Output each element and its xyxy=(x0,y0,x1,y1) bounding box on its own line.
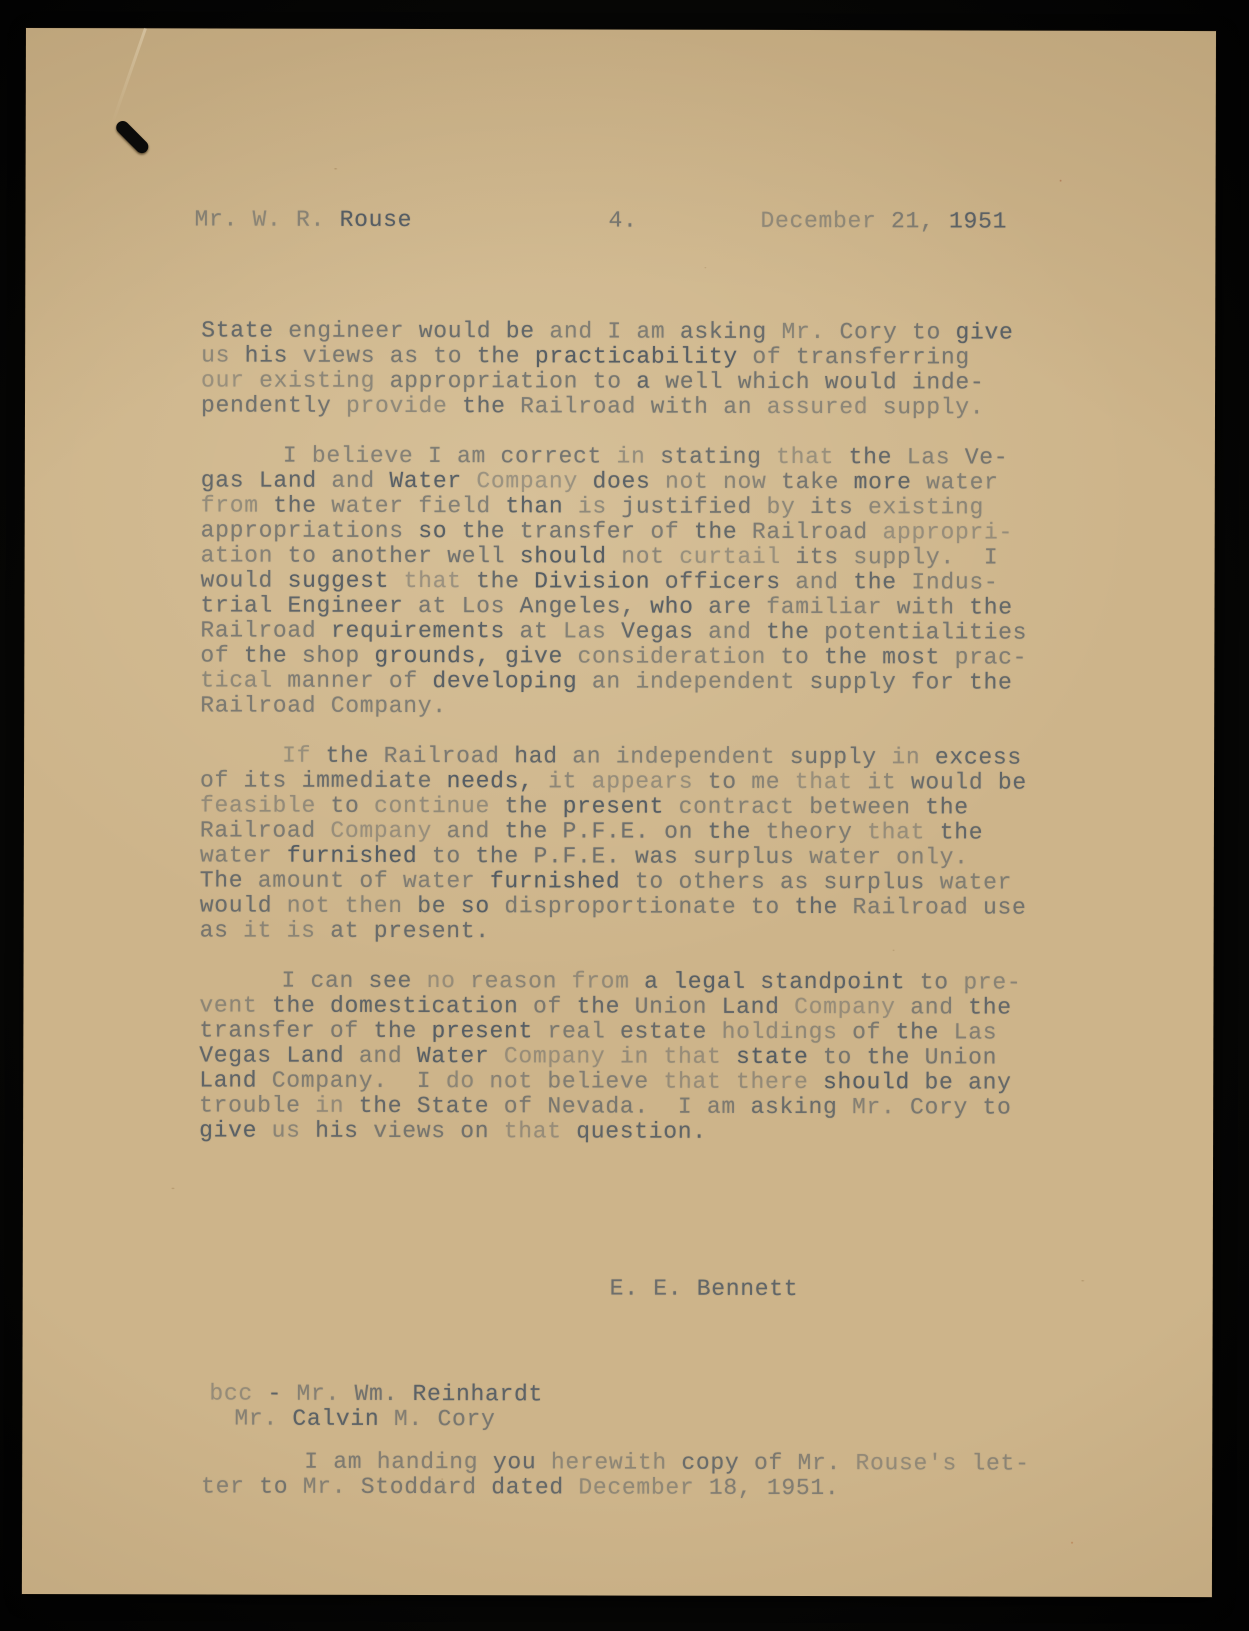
letter-line: us his views as to the practicability of… xyxy=(201,343,1091,370)
paragraph: State engineer would be and I am asking … xyxy=(201,318,1091,420)
letter-line: our existing appropriation to a well whi… xyxy=(201,368,1091,395)
header-recipient: Mr. W. R. Rouse xyxy=(194,207,412,233)
letter-page: Mr. W. R. Rouse 4. December 21, 1951 Sta… xyxy=(22,28,1216,1597)
letter-line: I believe I am correct in stating that t… xyxy=(201,443,1091,470)
letter-line: as it is at present. xyxy=(200,918,1090,945)
letter-line: water furnished to the P.F.E. was surplu… xyxy=(200,843,1090,870)
letter-line: trouble in the State of Nevada. I am ask… xyxy=(199,1093,1089,1120)
signature: E. E. Bennett xyxy=(610,1277,799,1302)
letter-line: would suggest that the Division officers… xyxy=(201,568,1091,595)
letter-line: pendently provide the Railroad with an a… xyxy=(201,393,1091,420)
letter-line: appropriations so the transfer of the Ra… xyxy=(201,518,1091,545)
letter-line: I am handing you herewith copy of Mr. Ro… xyxy=(201,1449,1101,1476)
letter-line: Railroad Company and the P.F.E. on the t… xyxy=(200,818,1090,845)
letter-line: transfer of the present real estate hold… xyxy=(199,1018,1089,1045)
paragraph: I believe I am correct in stating that t… xyxy=(200,443,1091,720)
page-header: Mr. W. R. Rouse 4. December 21, 1951 xyxy=(25,207,1215,235)
letter-line: Railroad requirements at Las Vegas and t… xyxy=(200,618,1090,645)
letter-line: Land Company. I do not believe that ther… xyxy=(199,1068,1089,1095)
header-page-number: 4. xyxy=(608,209,637,234)
letter-line: of its immediate needs, it appears to me… xyxy=(200,768,1090,795)
letter-line: tical manner of developing an independen… xyxy=(200,668,1090,695)
letter-line: feasible to continue the present contrac… xyxy=(200,793,1090,820)
letter-line: would not then be so disproportionate to… xyxy=(200,893,1090,920)
letter-line: vent the domestication of the Union Land… xyxy=(199,993,1089,1020)
scan-background: Mr. W. R. Rouse 4. December 21, 1951 Sta… xyxy=(0,0,1249,1631)
letter-line: trial Engineer at Los Angeles, who are f… xyxy=(200,593,1090,620)
letter-body: State engineer would be and I am asking … xyxy=(199,318,1091,1145)
letter-line: from the water field than is justified b… xyxy=(201,493,1091,520)
letter-line: ter to Mr. Stoddard dated December 18, 1… xyxy=(201,1474,1101,1501)
paragraph: If the Railroad had an independent suppl… xyxy=(200,743,1091,945)
letter-line: of the shop grounds, give consideration … xyxy=(200,643,1090,670)
letter-line: If the Railroad had an independent suppl… xyxy=(200,743,1090,770)
letter-line: gas Land and Water Company does not now … xyxy=(201,468,1091,495)
bcc-line: Mr. Calvin M. Cory xyxy=(234,1407,495,1433)
closing-note: I am handing you herewith copy of Mr. Ro… xyxy=(201,1449,1101,1501)
letter-line: The amount of water furnished to others … xyxy=(200,868,1090,895)
bcc-line: bcc - Mr. Wm. Reinhardt xyxy=(209,1381,543,1407)
letter-line: I can see no reason from a legal standpo… xyxy=(199,968,1089,995)
header-date: December 21, 1951 xyxy=(760,209,1007,235)
letter-line: State engineer would be and I am asking … xyxy=(201,318,1091,345)
letter-line: give us his views on that question. xyxy=(199,1118,1089,1145)
letter-line: ation to another well should not curtail… xyxy=(201,543,1091,570)
letter-line: Vegas Land and Water Company in that sta… xyxy=(199,1043,1089,1070)
paper-crease xyxy=(111,28,147,125)
letter-line: Railroad Company. xyxy=(200,693,1090,720)
paragraph: I can see no reason from a legal standpo… xyxy=(199,968,1089,1145)
staple-hole xyxy=(114,118,151,156)
